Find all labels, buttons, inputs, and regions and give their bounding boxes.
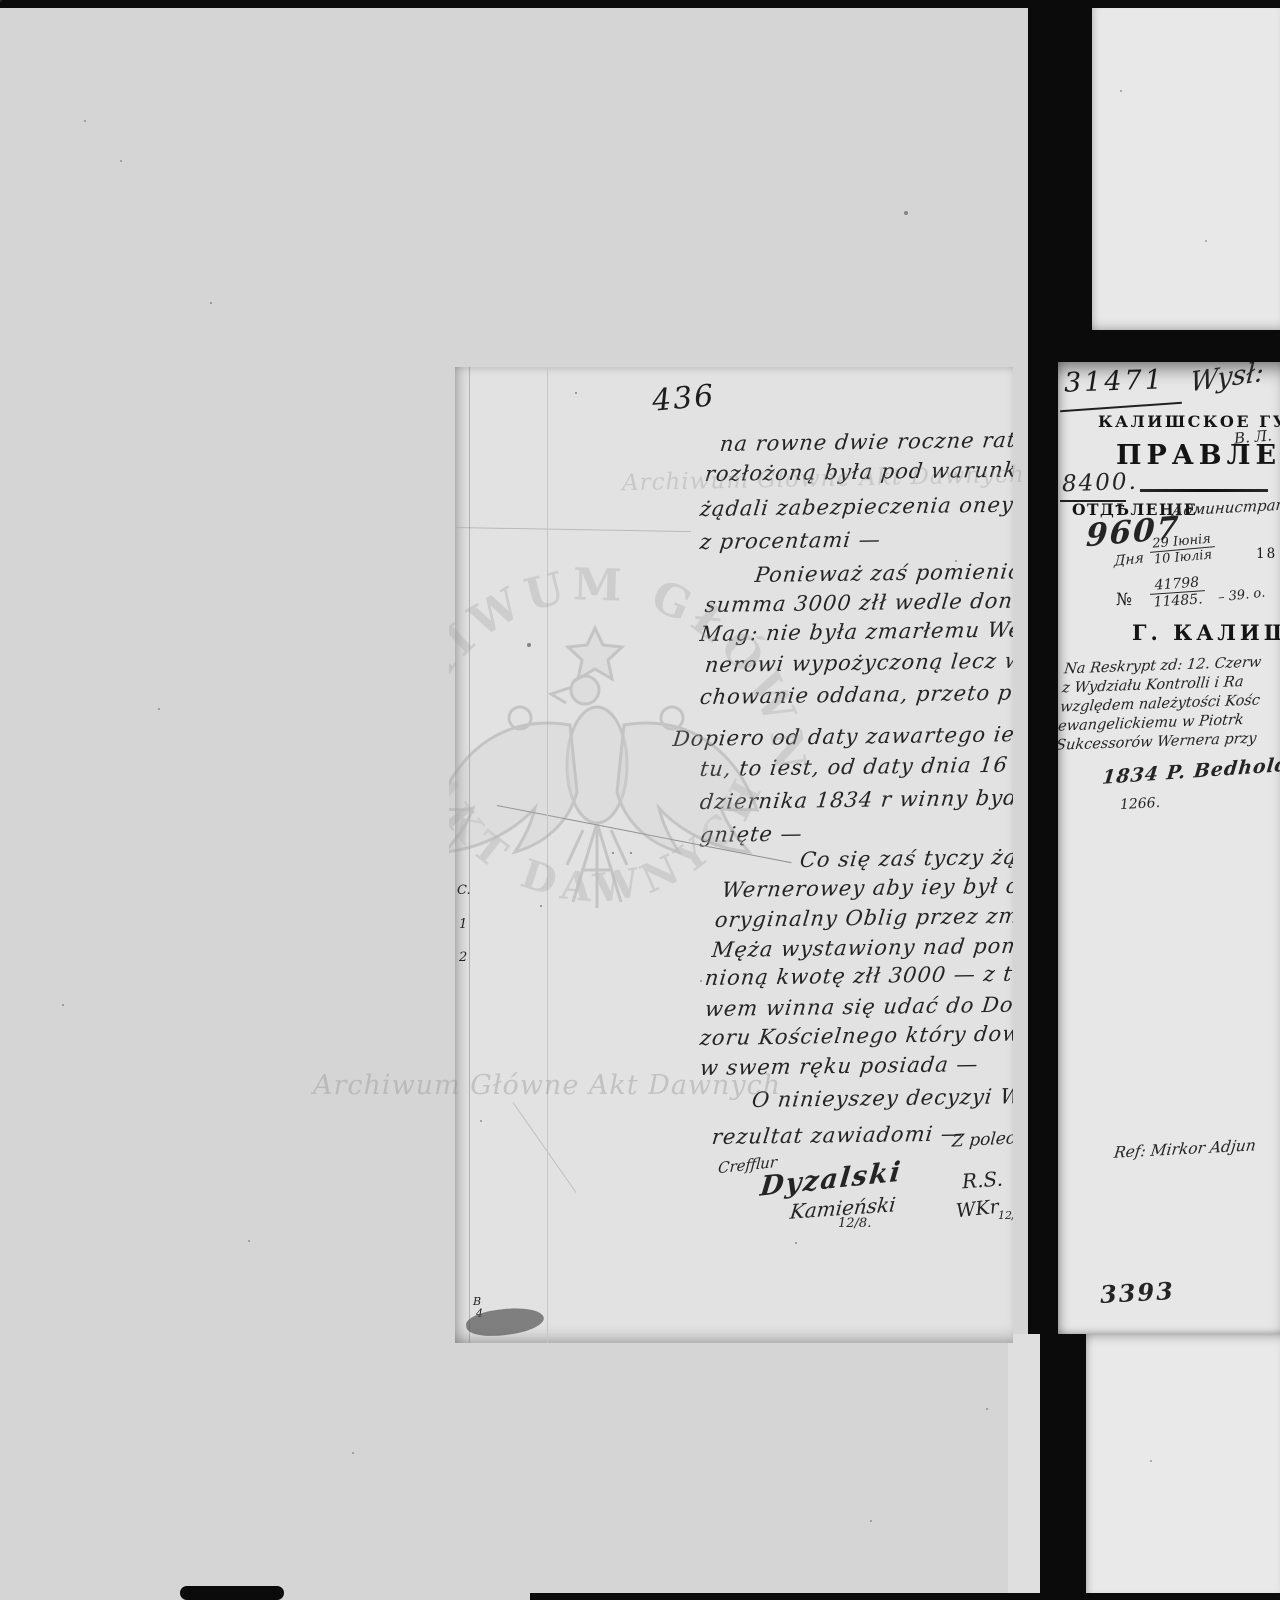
case-number-fraction: 41798 11485. [1149,574,1206,611]
archival-scan: 436 na rowne dwie roczne raty rozłożoną … [0,0,1280,1600]
number-sign-label: № [1116,590,1132,610]
date-word: Дня [1114,550,1144,570]
manuscript-line: żądali zabezpieczenia oney wraz [699,492,1013,521]
crease-line [513,1102,577,1193]
film-bar-topright [1028,0,1092,334]
dash-flourish [1140,489,1268,492]
signature-initials2-date: 12/8 [998,1209,1013,1222]
manuscript-line: O ninieyszey decyzyi Wydział iey [751,1083,1013,1112]
case-number-suffix: – 39. о. [1217,586,1266,606]
blank-page-bottom-right [1086,1334,1280,1593]
page-sliver-bottom [1008,1334,1040,1593]
reference-number-8400: 8400. [1062,469,1139,498]
city-line: Г. КАЛИШЪ, [1132,620,1280,645]
body-text-block: Na Reskrypt zd: 12. Czerw z Wydziału Kon… [1058,653,1265,755]
film-edge-bottom [530,1593,1280,1600]
underline-flourish [1060,402,1182,413]
signature-second-date: 12/8. [838,1216,871,1231]
film-dust-specks [0,0,2,2]
kalisz-office-page: 31471 Wysł: КАЛИШСКОЕ ГУБЕРНСК В. Л. ПРА… [1058,362,1280,1334]
otdelenie-value: Административ [1171,494,1280,519]
bottom-number: 3393 [1099,1276,1175,1309]
manuscript-line: na rowne dwie roczne raty [719,428,1013,456]
blank-page-top-right [1092,8,1280,330]
official-signature: 1834 P. Bedholdi [1101,753,1280,789]
document-number: 31471 [1063,364,1165,399]
page-number: 436 [651,378,717,418]
film-blotch [180,1586,284,1600]
closing-formula: Z polecenia [951,1126,1013,1151]
archive-watermark-strip: Archiwum Główne Akt Dawnych [313,1070,781,1101]
manuscript-line: rezultat zawiadomi — [711,1121,965,1149]
case-number-lower: 11485. [1150,591,1206,611]
signature-initials2: WKr [955,1196,1000,1222]
printed-year: 18 5 [1256,546,1280,562]
referent-line: Ref: Mirkor Adjun [1113,1136,1257,1162]
film-bar-bottom [1040,1334,1086,1600]
date-fraction: 29 Іюнія 10 Іюлія [1149,531,1216,568]
document-number-annotation: Wysł: [1189,362,1265,398]
reference-number-1266: 1266. [1120,795,1161,813]
office-header-line2: ПРАВЛЕНІЕ [1116,440,1280,471]
archive-eagle-watermark: ARCHIWUM GŁÓWNE · AKT DAWNYCH · [345,530,845,1030]
film-bar-middle [1028,362,1058,1336]
signature-initials: R.S. [961,1167,1003,1194]
